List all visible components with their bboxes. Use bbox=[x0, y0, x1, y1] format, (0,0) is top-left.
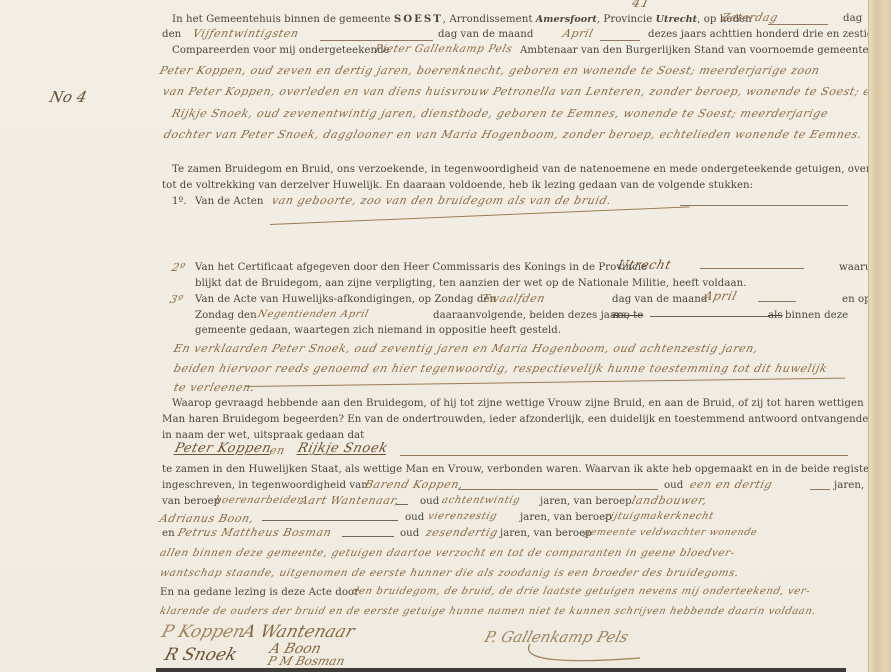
witness-3-age-hand: vierenzestig bbox=[426, 510, 498, 523]
item-3-tail: en op bbox=[842, 294, 871, 306]
item-3-line-3: gemeente gedaan, waartegen zich niemand … bbox=[195, 325, 561, 337]
item-3-first-sunday-hand: Twaalfden bbox=[480, 292, 546, 305]
jaren-van-beroep: jaren, van beroep bbox=[500, 528, 592, 540]
consent-line-1: En verklaarden Peter Snoek, oud zeventig… bbox=[172, 342, 759, 355]
fill-rule bbox=[768, 24, 828, 25]
closing-line-3: den bruidegom, de bruid, de drie laatste… bbox=[350, 585, 811, 598]
consent-line-2: beiden hiervoor reeds genoemd en hier te… bbox=[172, 362, 828, 375]
bottom-rule bbox=[326, 668, 846, 672]
signature-witness-2: A Wantenaar bbox=[240, 622, 357, 642]
parties-line-2: van Peter Koppen, overleden en van diens… bbox=[161, 85, 879, 98]
arrondissement: Amersfoort bbox=[536, 14, 597, 25]
closing-line-4: klarende de ouders der bruid en de eerst… bbox=[158, 605, 817, 618]
header-line-2-mid: dag van de maand bbox=[438, 29, 533, 41]
item-1-label: 1º. bbox=[172, 196, 187, 208]
header-line-3-suffix: Ambtenaar van den Burgerlijken Stand van… bbox=[520, 45, 872, 57]
signature-bride: R Snoek bbox=[162, 645, 239, 665]
struck-text: als bbox=[768, 310, 783, 322]
fill-rule bbox=[810, 489, 830, 490]
document-page: 41 In het Gemeentehuis binnen de gemeent… bbox=[0, 0, 868, 672]
question-line-1: Waarop gevraagd hebbende aan den Bruideg… bbox=[172, 398, 864, 410]
couple-en: en bbox=[268, 444, 286, 457]
cancel-stroke bbox=[245, 378, 845, 387]
fill-rule bbox=[600, 40, 640, 41]
bottom-rule bbox=[156, 668, 326, 672]
official-name-hand: Pieter Gallenkamp Pels bbox=[373, 43, 513, 56]
item-3-line-2-prefix: Zondag den bbox=[195, 310, 257, 322]
question-line-2: Man haren Bruidegom begeerden? En van de… bbox=[162, 414, 891, 426]
fill-rule bbox=[758, 301, 796, 302]
oud-label: oud bbox=[400, 528, 419, 540]
witness-3-occupation-hand: rijtuigmakerknecht bbox=[603, 510, 715, 523]
fill-rule bbox=[396, 504, 408, 505]
witness-4-occupation-hand: gemeente veldwachter wonende bbox=[582, 526, 758, 539]
struck-text: zoo te bbox=[612, 310, 643, 322]
union-line-2-prefix: ingeschreven, in tegenwoordigheid van bbox=[162, 480, 368, 492]
month-hand: April bbox=[561, 27, 595, 40]
en-label: en bbox=[162, 528, 175, 540]
groom-name-hand: Peter Koppen bbox=[173, 442, 272, 455]
witness-2-occupation-hand: landbouwer, bbox=[630, 494, 708, 507]
page-mark: 41 bbox=[630, 0, 651, 10]
parties-line-1: Peter Koppen, oud zeven en dertig jaren,… bbox=[158, 64, 821, 77]
day-of-week-hand: Zaterdag bbox=[720, 11, 779, 24]
item-3-month-hand: April bbox=[702, 290, 738, 303]
witness-2-age-hand: achtentwintig bbox=[440, 494, 521, 507]
intro-line-1: Te zamen Bruidegom en Bruid, ons verzoek… bbox=[172, 164, 891, 176]
witness-4-name-hand: Petrus Mattheus Bosman bbox=[176, 526, 333, 539]
oud-label: oud bbox=[664, 480, 683, 492]
page-binding-edge bbox=[868, 0, 891, 672]
fill-rule bbox=[262, 520, 398, 521]
fill-rule bbox=[400, 455, 848, 456]
witness-1-name-hand: Barend Koppen, bbox=[363, 478, 464, 491]
closing-line-2: wantschap staande, uitgenomen de eerste … bbox=[158, 567, 740, 580]
item-2-label: 2º bbox=[170, 261, 187, 274]
fill-rule bbox=[458, 489, 658, 490]
item-1-hand: van geboorte, zoo van den bruidegom als … bbox=[270, 194, 613, 207]
province: Utrecht bbox=[656, 14, 698, 25]
item-2-text: Van het Certificaat afgegeven door den H… bbox=[195, 262, 647, 274]
oud-label: oud bbox=[420, 496, 439, 508]
parties-line-4: dochter van Peter Snoek, dagglooner en v… bbox=[162, 128, 863, 141]
witness-2-name-hand: Aart Wantenaar, bbox=[298, 494, 401, 507]
closing-printed: En na gedane lezing is deze Acte door bbox=[160, 587, 359, 599]
margin-act-number: No 4 bbox=[48, 88, 89, 106]
witness-3-name-hand: Adrianus Boon, bbox=[158, 512, 255, 525]
jaren-van-beroep: jaren, van beroep bbox=[540, 496, 632, 508]
item-3-text: Van de Acte van Huwelijks-afkondigingen,… bbox=[195, 294, 496, 306]
den-label: den bbox=[162, 29, 181, 41]
item-3-label: 3º bbox=[168, 293, 185, 306]
item-3-line-2-mid: daaraanvolgende, beiden dezes jaars, bbox=[433, 310, 630, 322]
consent-line-3: te verleenen. bbox=[172, 381, 256, 394]
signature-witness-4: P M Bosman bbox=[266, 654, 346, 668]
strike-rule bbox=[650, 316, 770, 317]
dag-label: dag bbox=[843, 13, 862, 25]
item-3-mid: dag van de maand bbox=[612, 294, 707, 306]
item-2-line-2: blijkt dat de Bruidegom, aan zijne verpl… bbox=[195, 278, 747, 290]
official-flourish-icon bbox=[520, 640, 650, 670]
signature-groom: P Koppen bbox=[159, 622, 247, 642]
municipality: SOEST bbox=[394, 13, 443, 25]
parties-line-3: Rijkje Snoek, oud zevenentwintig jaren, … bbox=[170, 107, 829, 120]
fill-rule bbox=[680, 205, 848, 206]
witness-1-age-hand: een en dertig bbox=[688, 478, 774, 491]
date-hand: Vijfentwintigsten bbox=[191, 27, 300, 40]
fill-rule bbox=[320, 40, 433, 41]
witness-1-occupation-hand: boerenarbeider, bbox=[213, 494, 306, 507]
header-line-3-prefix: Compareerden voor mij ondergeteekende bbox=[172, 45, 390, 57]
witness-4-age-hand: zesendertig bbox=[424, 526, 499, 539]
header-line-2-suffix: dezes jaars achttien honderd drie en zes… bbox=[648, 29, 877, 41]
oud-label: oud bbox=[405, 512, 424, 524]
cancel-stroke bbox=[270, 206, 690, 225]
item-1-text: Van de Acten bbox=[195, 196, 263, 208]
item-3-second-sunday-hand: Negentienden April bbox=[256, 308, 370, 321]
item-3-line-2-tail: binnen deze bbox=[785, 310, 848, 322]
bride-name-hand: Rijkje Snoek bbox=[296, 442, 389, 455]
van-beroep-label: van beroep bbox=[162, 496, 220, 508]
fill-rule bbox=[342, 536, 394, 537]
fill-rule bbox=[700, 268, 804, 269]
header-line-1: In het Gemeentehuis binnen de gemeente S… bbox=[172, 13, 752, 26]
intro-line-2: tot de voltrekking van derzelver Huwelij… bbox=[162, 180, 753, 192]
jaren-label: jaren, bbox=[834, 480, 864, 492]
union-line-1: te zamen in den Huwelijken Staat, als we… bbox=[162, 464, 879, 476]
jaren-van-beroep: jaren, van beroep bbox=[520, 512, 612, 524]
closing-line-1: allen binnen deze gemeente, getuigen daa… bbox=[158, 547, 736, 560]
item-2-province-hand: Utrecht bbox=[616, 258, 672, 271]
